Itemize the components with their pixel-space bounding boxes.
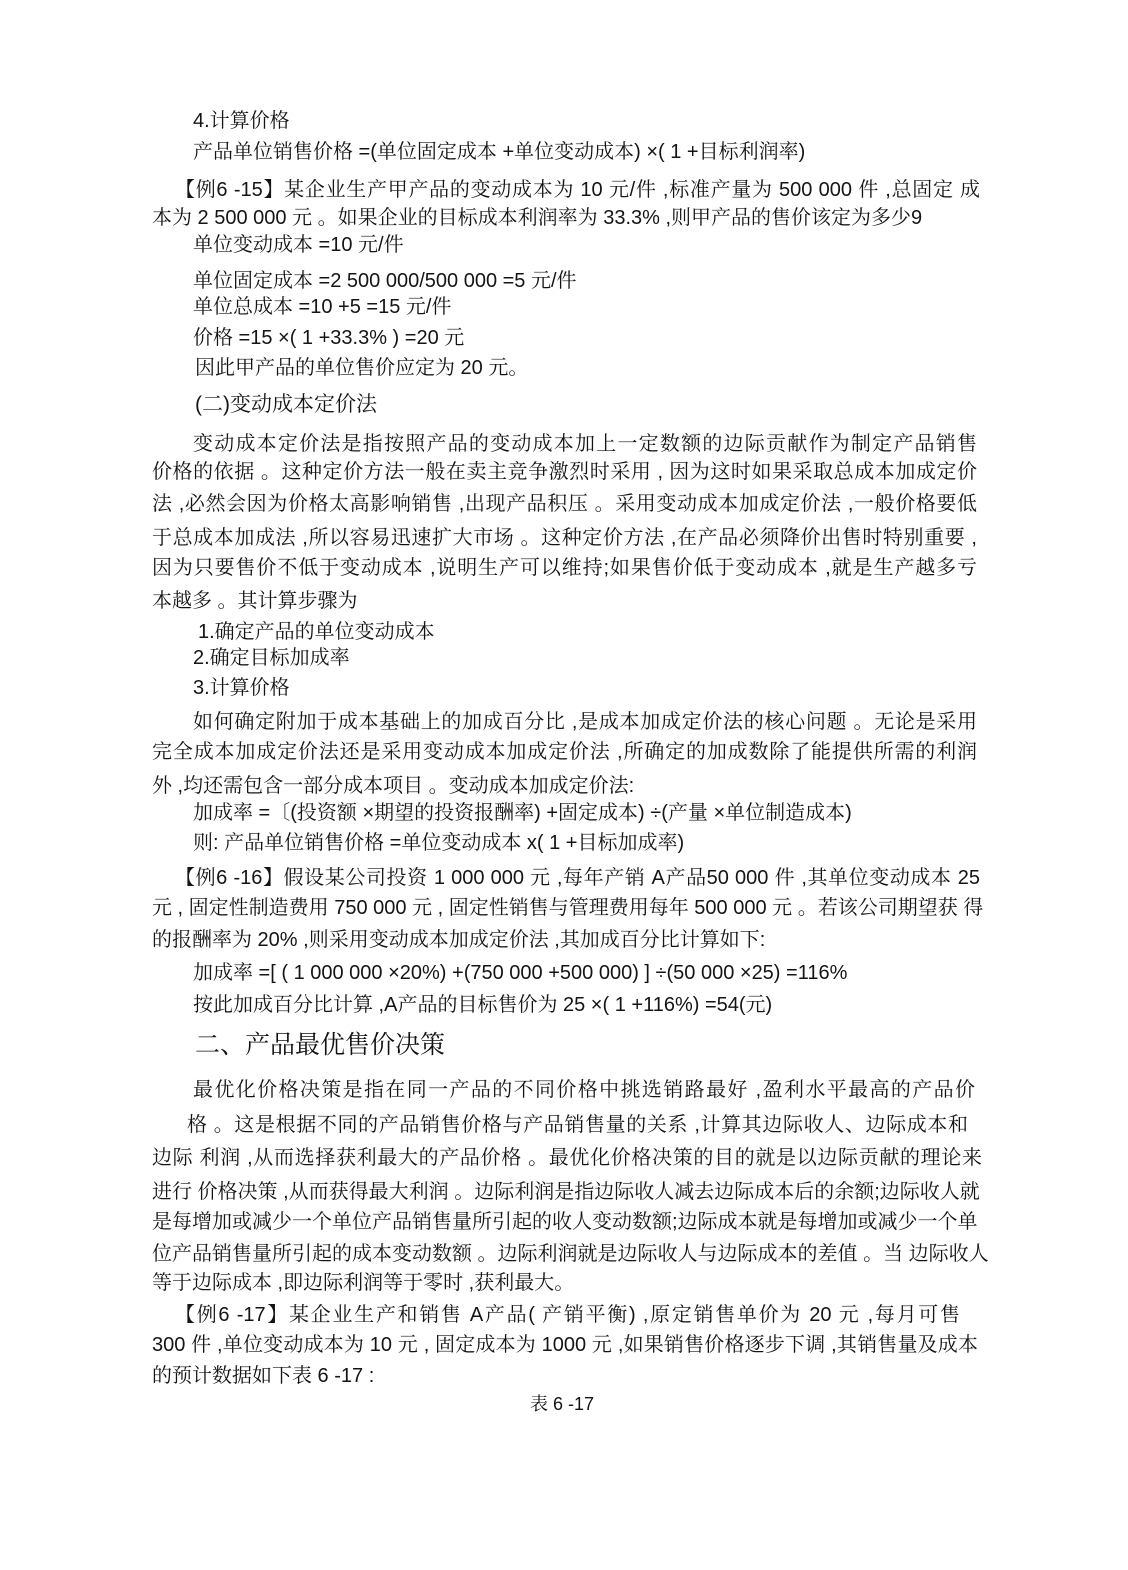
paragraph-line: 如何确定附加于成本基础上的加成百分比 ,是成本加成定价法的核心问题 。无论是采用 (193, 710, 977, 734)
subsection-title: (二)变动成本定价法 (195, 393, 377, 417)
step-item: 3.计算价格 (193, 676, 290, 700)
paragraph-line: 变动成本定价法是指按照产品的变动成本加上一定数额的边际贡献作为制定产品销售 (193, 432, 977, 456)
example-line: 【例6 -16】假设某公司投资 1 000 000 元 ,每年产销 A产品50 … (175, 866, 980, 890)
calculation-line: 按此加成百分比计算 ,A产品的目标售价为 25 ×( 1 +116%) =54(… (193, 993, 772, 1017)
paragraph-line: 完全成本加成定价法还是采用变动成本加成定价法 ,所确定的加成数除了能提供所需的利… (152, 740, 977, 764)
example-line: 【例6 -15】某企业生产甲产品的变动成本为 10 元/件 ,标准产量为 500… (175, 178, 980, 202)
paragraph-line: 是每增加或减少一个单位产品销售量所引起的收人变动数额;边际成本就是每增加或减少一… (152, 1210, 970, 1234)
step-4-label: 4.计算价格 (193, 109, 290, 133)
example-line: 的预计数据如下表 6 -17 : (152, 1364, 374, 1388)
example-line: 300 件 ,单位变动成本为 10 元 , 固定成本为 1000 元 ,如果销售… (152, 1333, 978, 1357)
step-item: 2.确定目标加成率 (193, 646, 350, 670)
paragraph-line: 价格的依据 。这种定价方法一般在卖主竞争激烈时采用 , 因为这时如果采取总成本加… (152, 460, 977, 484)
example-line: 【例6 -17】某企业生产和销售 A产品( 产销平衡) ,原定销售单价为 20 … (175, 1303, 960, 1327)
section-heading: 二、产品最优售价决策 (195, 1030, 445, 1060)
paragraph-line: 于总成本加成法 ,所以容易迅速扩大市场 。这种定价方法 ,在产品必须降价出售时特… (152, 526, 977, 550)
paragraph-line: 边际 利润 ,从而选择获利最大的产品价格 。最优化价格决策的目的就是以边际贡献的… (152, 1146, 982, 1170)
paragraph-line: 法 ,必然会因为价格太高影响销售 ,出现产品积压 。采用变动成本加成定价法 ,一… (152, 492, 977, 516)
calculation-line: 单位变动成本 =10 元/件 (193, 233, 404, 257)
paragraph-line: 因为只要售价不低于变动成本 ,说明生产可以维持;如果售价低于变动成本 ,就是生产… (152, 556, 977, 580)
table-caption: 表 6 -17 (530, 1393, 594, 1415)
calculation-line: 单位总成本 =10 +5 =15 元/件 (193, 295, 451, 319)
calculation-line: 单位固定成本 =2 500 000/500 000 =5 元/件 (193, 269, 577, 293)
example-line: 的报酬率为 20% ,则采用变动成本加成定价法 ,其加成百分比计算如下: (152, 928, 765, 952)
paragraph-line: 进行 价格决策 ,从而获得最大利润 。边际利润是指边际收人减去边际成本后的余额;… (152, 1180, 972, 1204)
step-item: 1.确定产品的单位变动成本 (198, 620, 435, 644)
document-page: 4.计算价格 产品单位销售价格 =(单位固定成本 +单位变动成本) ×( 1 +… (0, 0, 1128, 1570)
paragraph-line: 格 。这是根据不同的产品销售价格与产品销售量的关系 ,计算其边际收人、边际成本和 (187, 1113, 968, 1137)
paragraph-line: 最优化价格决策是指在同一产品的不同价格中挑选销路最好 ,盈利水平最高的产品价 (193, 1078, 975, 1102)
paragraph-line: 等于边际成本 ,即边际利润等于零时 ,获利最大。 (152, 1271, 574, 1295)
example-conclusion: 因此甲产品的单位售价应定为 20 元。 (195, 356, 528, 380)
example-line: 本为 2 500 000 元 。如果企业的目标成本利润率为 33.3% ,则甲产… (152, 206, 922, 230)
formula-line: 则: 产品单位销售价格 =单位变动成本 x( 1 +目标加成率) (193, 831, 684, 855)
formula-line: 加成率 =〔(投资额 ×期望的投资报酬率) +固定成本) ÷(产量 ×单位制造成… (193, 801, 852, 825)
paragraph-line: 外 ,均还需包含一部分成本项目 。变动成本加成定价法: (152, 774, 634, 798)
full-cost-formula: 产品单位销售价格 =(单位固定成本 +单位变动成本) ×( 1 +目标利润率) (193, 140, 805, 164)
paragraph-line: 位产品销售量所引起的成本变动数额 。边际利润就是边际收人与边际成本的差值 。当 … (152, 1242, 978, 1266)
calculation-line: 价格 =15 ×( 1 +33.3% ) =20 元 (193, 326, 464, 350)
paragraph-line: 本越多 。其计算步骤为 (152, 589, 358, 613)
example-line: 元 , 固定性制造费用 750 000 元 , 固定性销售与管理费用每年 500… (152, 896, 980, 920)
calculation-line: 加成率 =[ ( 1 000 000 ×20%) +(750 000 +500 … (193, 961, 847, 985)
